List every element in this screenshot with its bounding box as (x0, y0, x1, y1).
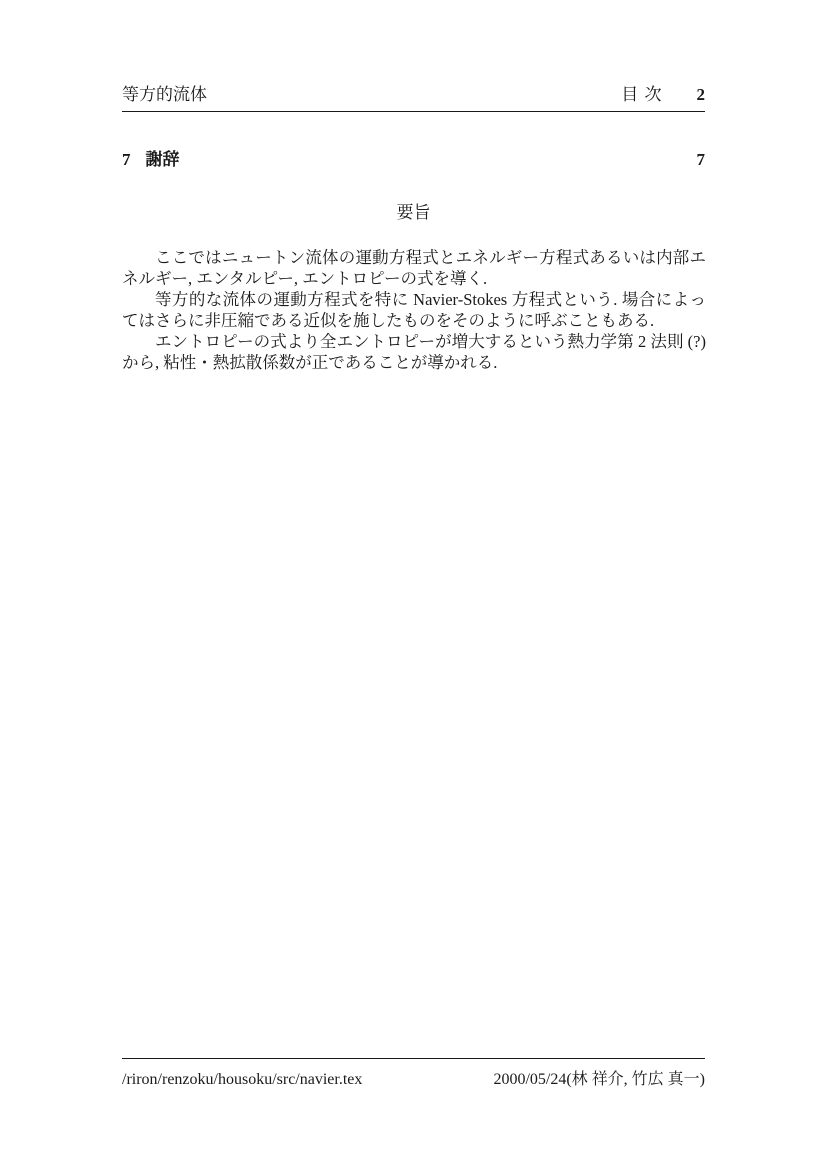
document-page: 等方的流体 目 次 2 7 謝辞 7 要旨 ここではニュートン流体の運動方程式と… (0, 0, 826, 1169)
abstract-paragraph: ここではニュートン流体の運動方程式とエネルギー方程式あるいは内部エネルギー, エ… (122, 247, 706, 289)
header-page-number: 2 (697, 84, 706, 106)
footer-date-authors: 2000/05/24(林 祥介, 竹広 真一) (493, 1066, 705, 1089)
toc-entry-title: 謝辞 (146, 145, 180, 170)
toc-entry-number: 7 (122, 150, 131, 170)
header-section-label: 目 次 (621, 84, 662, 106)
running-header: 等方的流体 目 次 2 (122, 84, 705, 112)
toc-entry-page: 7 (697, 150, 706, 170)
toc-entry: 7 謝辞 7 (122, 145, 705, 170)
abstract-heading: 要旨 (122, 198, 705, 223)
abstract-body: ここではニュートン流体の運動方程式とエネルギー方程式あるいは内部エネルギー, エ… (122, 247, 706, 373)
page-footer: /riron/renzoku/housoku/src/navier.tex 20… (122, 1058, 705, 1089)
abstract-paragraph: 等方的な流体の運動方程式を特に Navier-Stokes 方程式という. 場合… (122, 289, 706, 331)
footer-file-path: /riron/renzoku/housoku/src/navier.tex (122, 1071, 362, 1089)
abstract-paragraph: エントロピーの式より全エントロピーが増大するという熱力学第 2 法則 (?) か… (122, 331, 706, 373)
document-title: 等方的流体 (122, 84, 207, 106)
